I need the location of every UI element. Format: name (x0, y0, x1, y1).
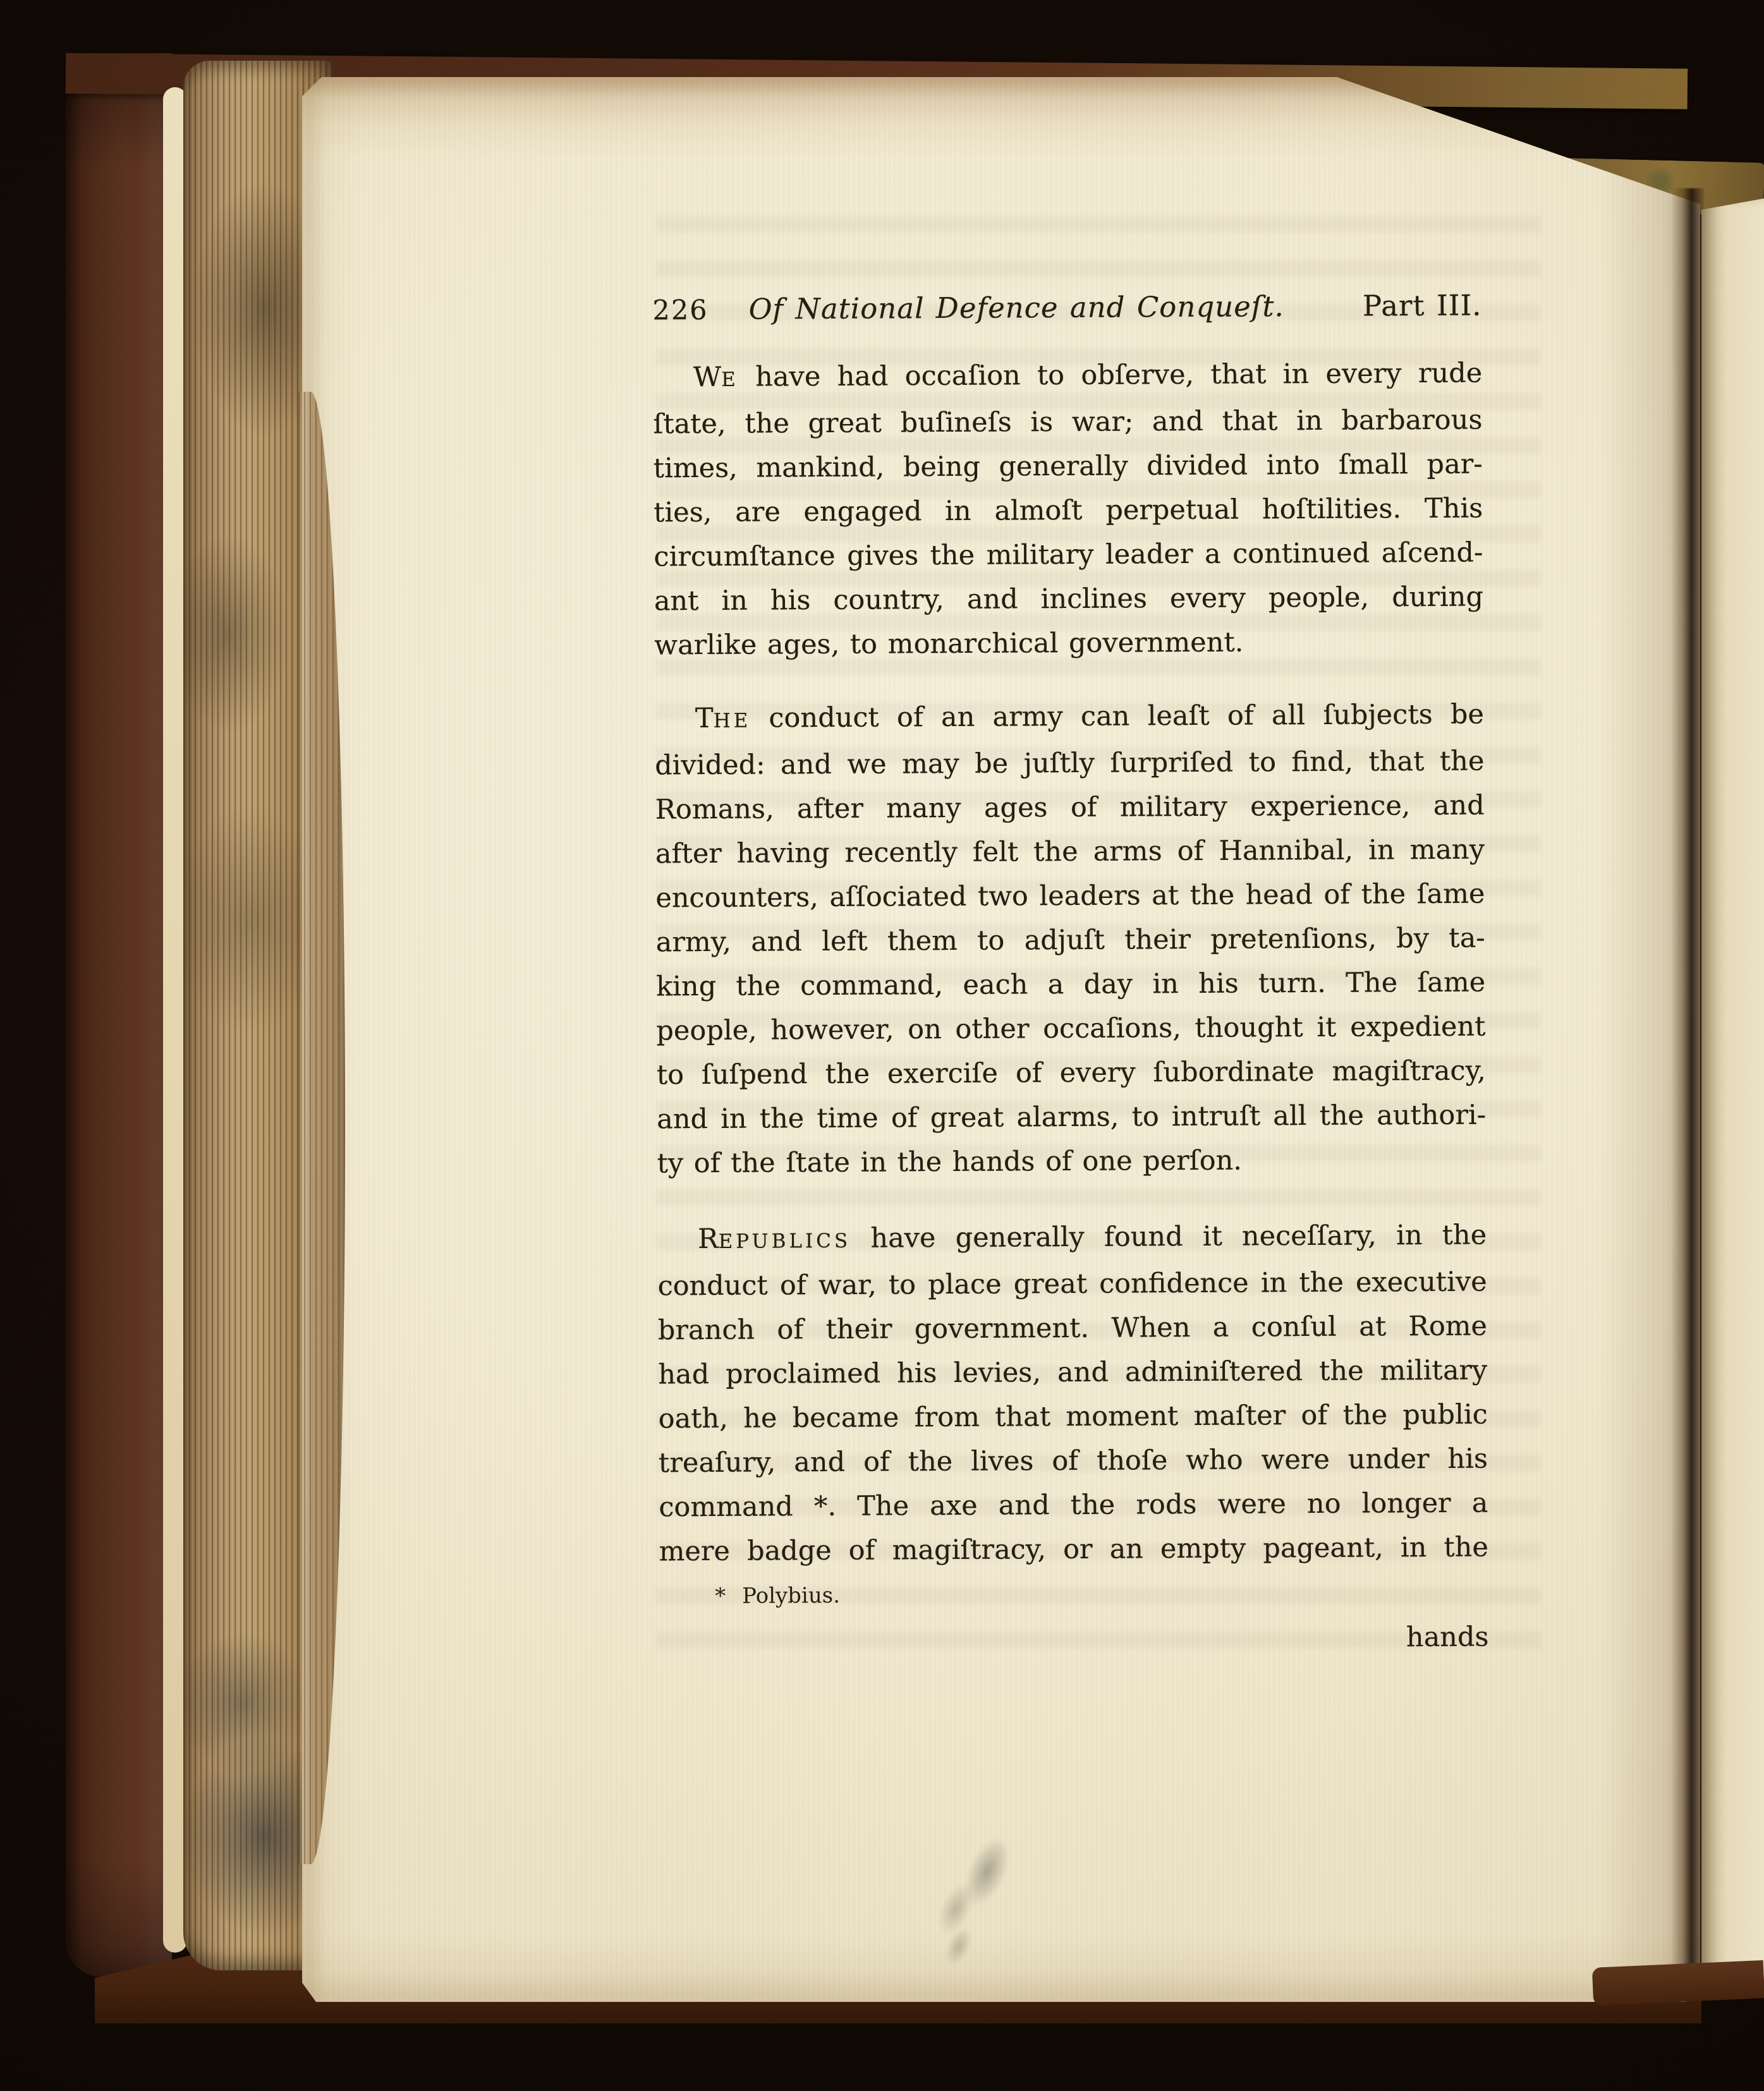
catchword: hands (659, 1615, 1488, 1664)
running-title: Of National Defence and Conqueſt. (748, 284, 1284, 331)
text-line: times, mankind, being generally divided … (654, 442, 1483, 491)
paragraph-lines: ſtate, the great buſineſs is war; and th… (653, 398, 1483, 668)
text-line: divided: and we may be juſtly ſurpriſed … (655, 739, 1484, 788)
lead-capital: R (698, 1223, 719, 1255)
line-text: have had occaſion to obſerve, that in ev… (739, 358, 1482, 393)
text-line: and in the time of great alarms, to intr… (657, 1093, 1486, 1142)
printed-text-block: 226 Of National Defence and Conqueſt. Pa… (652, 284, 1488, 1664)
text-line: king the command, each a day in his turn… (656, 961, 1485, 1009)
text-line: WE have had occaſion to obſerve, that in… (653, 351, 1482, 403)
facing-page-edge (1701, 198, 1764, 1984)
text-line: oath, he became from that moment maſter … (658, 1393, 1487, 1441)
spine-tail-leather (1592, 1960, 1764, 2006)
lead-capital: W (693, 361, 721, 393)
text-line: ant in his country, and inclines every p… (654, 575, 1483, 624)
text-line: ties, are engaged in almoſt perpetual ho… (654, 487, 1483, 535)
lead-small-caps: HE (713, 710, 751, 732)
footnote: *Polybius. (659, 1577, 1488, 1612)
paragraph-1: WE have had occaſion to obſerve, that in… (653, 351, 1484, 668)
text-line: mere badge of magiſtracy, or an empty pa… (659, 1525, 1488, 1574)
text-line: after having recently felt the arms of H… (655, 828, 1485, 876)
text-line: warlike ages, to monarchical government. (654, 619, 1483, 668)
paragraph-3: REPUBLICS have generally found it neceſſ… (657, 1213, 1488, 1574)
paragraph-lines: divided: and we may be juſtly ſurpriſed … (655, 739, 1487, 1186)
page-number: 226 (652, 288, 708, 332)
text-line: ty of the ſtate in the hands of one perſ… (657, 1137, 1486, 1186)
part-label: Part III. (1363, 284, 1482, 329)
text-line: treaſury, and of the lives of thoſe who … (659, 1437, 1488, 1486)
paragraph-2: THE conduct of an army can leaſt of all … (655, 693, 1487, 1186)
text-line: THE conduct of an army can leaſt of all … (655, 693, 1484, 744)
text-line: command *. The axe and the rods were no … (659, 1481, 1488, 1530)
page-header: 226 Of National Defence and Conqueſt. Pa… (652, 284, 1481, 333)
text-line: ſtate, the great buſineſs is war; and th… (653, 398, 1482, 447)
text-line: conduct of war, to place great confidenc… (657, 1260, 1487, 1309)
gutter-shadow (1671, 188, 1704, 1996)
book-photograph: 226 Of National Defence and Conqueſt. Pa… (0, 0, 1764, 2091)
text-line: had proclaimed his levies, and adminiſte… (658, 1349, 1487, 1397)
text-line: to ſuſpend the exerciſe of every ſubordi… (657, 1049, 1486, 1098)
lead-small-caps: E (721, 368, 739, 391)
text-line: army, and left them to adjuſt their pret… (656, 916, 1485, 965)
ink-smudge (902, 1822, 1037, 1979)
footnote-text: Polybius. (742, 1583, 840, 1609)
paragraph-lines: conduct of war, to place great confidenc… (657, 1260, 1488, 1574)
text-line: people, however, on other occaſions, tho… (656, 1005, 1485, 1053)
text-line: Romans, after many ages of military expe… (655, 784, 1484, 832)
text-line: REPUBLICS have generally found it neceſſ… (657, 1213, 1487, 1264)
lead-capital: T (695, 703, 714, 734)
text-line: branch of their government. When a conſu… (658, 1304, 1487, 1353)
line-text: have generally found it neceſſary, in th… (851, 1220, 1487, 1254)
book-cover-left (66, 53, 172, 1977)
footnote-marker: * (715, 1584, 726, 1609)
lead-small-caps: EPUBLICS (719, 1230, 851, 1253)
line-text: conduct of an army can leaſt of all ſubj… (751, 699, 1484, 734)
text-line: encounters, aſſociated two leaders at th… (655, 872, 1485, 921)
text-line: circumſtance gives the military leader a… (654, 531, 1483, 579)
